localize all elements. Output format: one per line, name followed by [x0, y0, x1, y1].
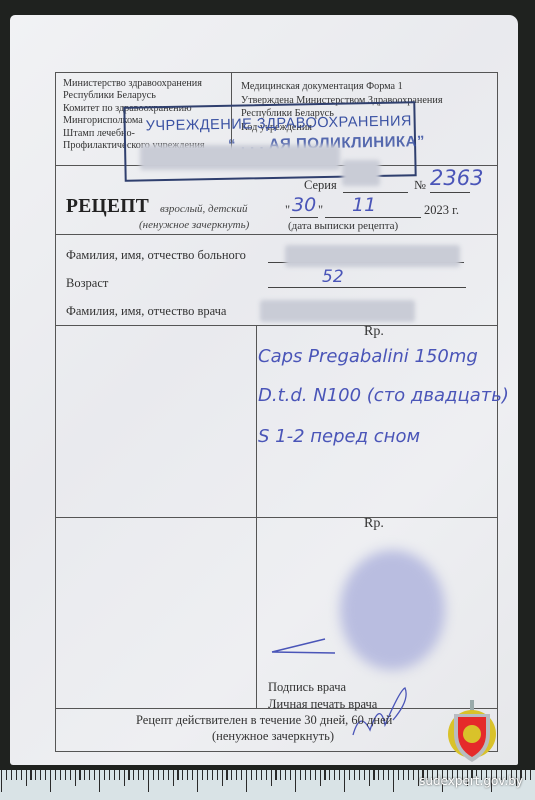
date-caption: (дата выписки рецепта) — [288, 220, 398, 232]
date-year: 2023 г. — [424, 203, 459, 218]
series-label: Серия — [304, 178, 337, 193]
rp1-top-line — [56, 325, 497, 326]
rp1-label: Rp. — [364, 324, 384, 340]
age-value: 52 — [322, 267, 344, 287]
date-day: 30 — [292, 194, 316, 216]
age-line — [268, 287, 466, 288]
date-month: 11 — [352, 194, 376, 216]
redacted-series — [342, 160, 380, 186]
validity-note: (ненужное зачеркнуть) — [212, 729, 334, 744]
title-bottom-line — [56, 234, 497, 235]
stamp-line-1: УЧРЕЖДЕНИЕ ЗДРАВООХРАНЕНИЯ — [146, 113, 413, 134]
redacted-doctor-stamp — [340, 550, 445, 670]
rp1-line-drug: Caps Pregabalini 150mg — [258, 346, 478, 367]
prescription-type-note: (ненужное зачеркнуть) — [139, 219, 249, 231]
doctor-initials-scribble — [345, 680, 415, 742]
validity-text: Рецепт действителен в течение 30 дней, 6… — [136, 713, 392, 728]
signature-stroke — [270, 635, 340, 659]
prescription-number: 2363 — [430, 166, 483, 190]
rp2-label: Rp. — [364, 516, 384, 532]
redacted-institution-name — [140, 145, 340, 170]
doctor-name-label: Фамилия, имя, отчество врача — [66, 304, 226, 319]
prescription-type: взрослый, детский — [160, 203, 247, 215]
series-line — [343, 192, 408, 193]
date-month-line — [325, 217, 421, 218]
age-label: Возраст — [66, 276, 108, 291]
prescription-title: РЕЦЕПТ — [66, 196, 149, 218]
rp2-top-line — [56, 517, 497, 518]
date-day-line — [290, 217, 318, 218]
redacted-doctor-name — [260, 300, 415, 322]
number-label: № — [414, 178, 426, 193]
redacted-patient-name — [285, 245, 460, 267]
rp1-line-dose: D.t.d. N100 (сто двадцать) — [258, 385, 509, 406]
signature-label: Подпись врача — [268, 680, 346, 695]
header-ministry: Министерство здравоохранения — [63, 78, 205, 90]
watermark: sudexpert.gov.by — [419, 774, 523, 788]
expert-emblem-icon — [446, 700, 498, 766]
patient-name-label: Фамилия, имя, отчество больного — [66, 248, 246, 263]
header-republic: Республики Беларусь — [63, 90, 205, 102]
header-form-label: Медицинская документация Форма 1 — [241, 80, 443, 94]
rp1-line-signa: S 1-2 перед сном — [258, 426, 420, 447]
number-line — [430, 192, 470, 193]
